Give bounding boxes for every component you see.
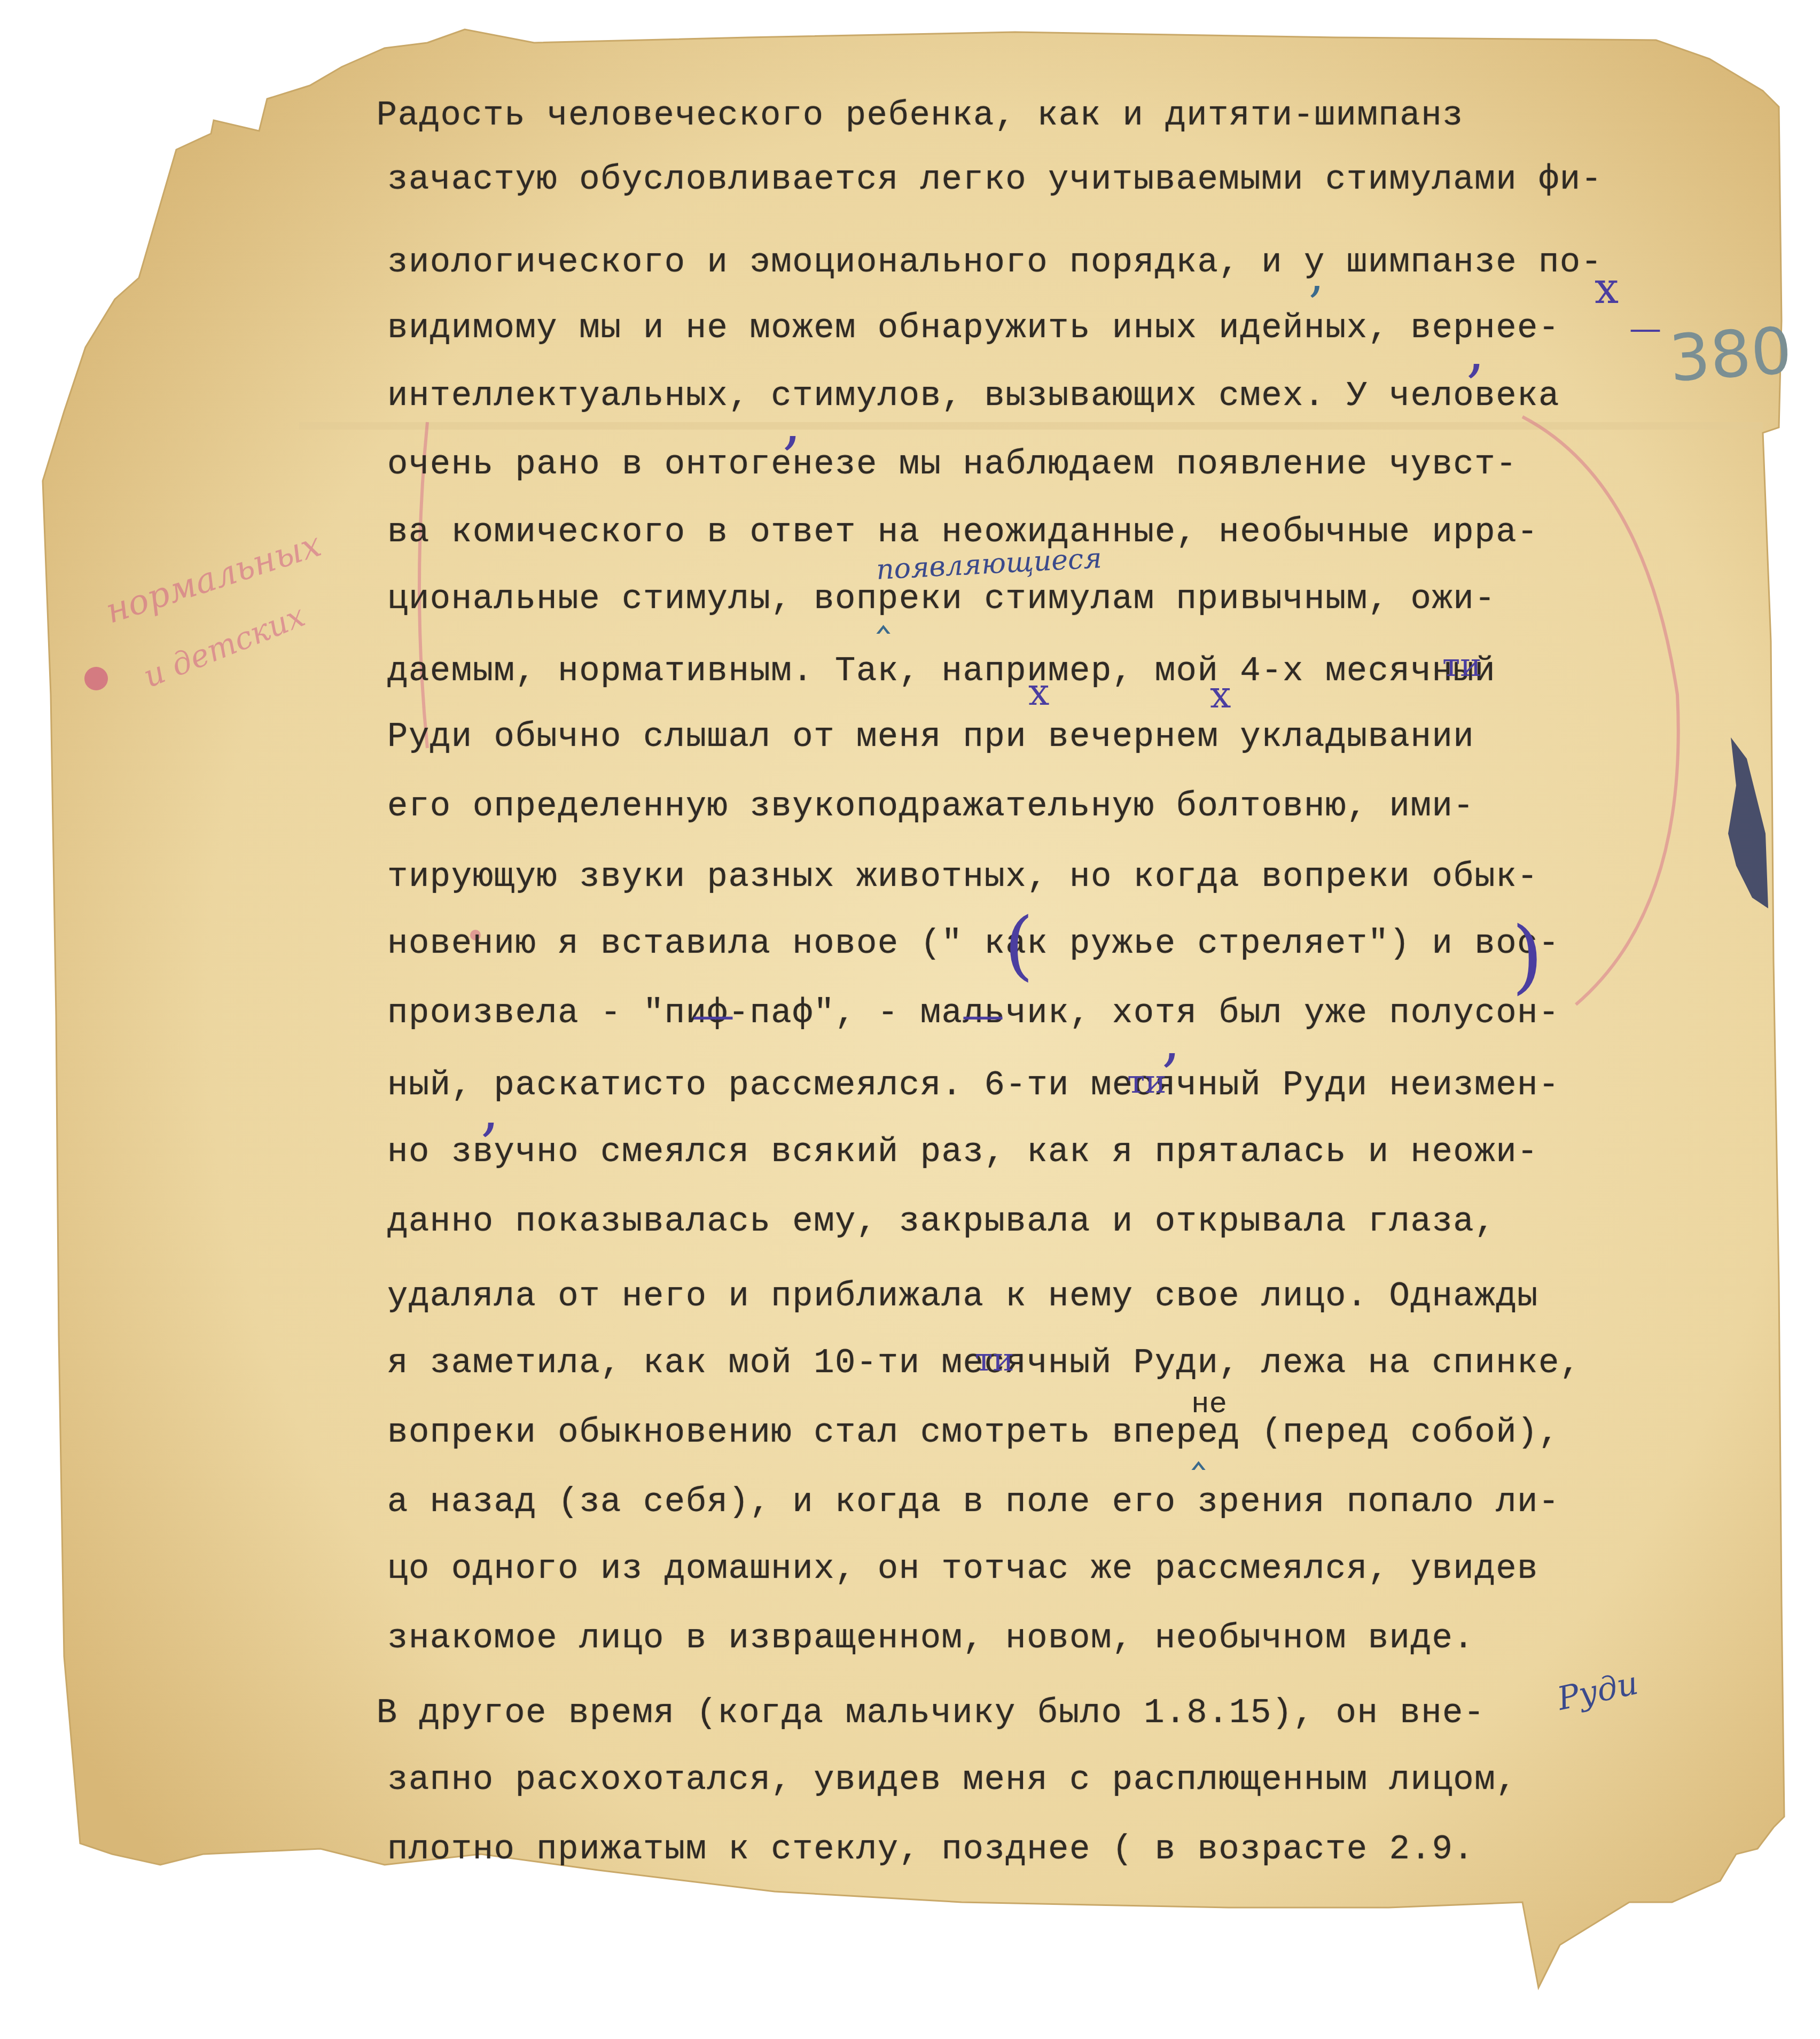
handwritten-insertion: не [1191, 1389, 1227, 1419]
page-number: 380 [1667, 319, 1794, 392]
typed-line: а назад (за себя), и когда в поле его зр… [387, 1485, 1560, 1520]
bracket-mark: ) [1512, 916, 1543, 997]
typed-line: новению я вставила новое (" как ружье ст… [387, 927, 1560, 961]
ending-correction-mark: ти [975, 1344, 1014, 1376]
typed-line: тирующую звуки разных животных, но когда… [387, 860, 1538, 894]
typed-line: цо одного из домашних, он тотчас же расс… [387, 1552, 1538, 1586]
typed-line: видимому мы и не можем обнаружить иных и… [387, 312, 1560, 346]
typed-line: очень рано в онтогенезе мы наблюдаем поя… [387, 448, 1517, 482]
ending-correction-mark: ти [1127, 1066, 1166, 1098]
typed-line: плотно прижатым к стеклу, позднее ( в во… [387, 1833, 1474, 1867]
typed-line: данно показывалась ему, закрывала и откр… [387, 1205, 1496, 1239]
insertion-caret-mark: ‸ [876, 588, 891, 631]
insertion-caret-mark: ‸ [1191, 1424, 1206, 1467]
x-correction-mark: x [1595, 267, 1619, 310]
x-correction-mark: x [1210, 676, 1231, 713]
typed-line: В другое время (когда мальчику было 1.8.… [313, 1696, 1485, 1731]
dash-correction-mark: — [1629, 313, 1661, 345]
typed-line: ва комического в ответ на неожиданные, н… [387, 516, 1538, 550]
typed-line: зиологического и эмоционального порядка,… [387, 246, 1603, 280]
x-correction-mark: x [1028, 673, 1049, 711]
document-page: 380 нормальных и детских Радость человеч… [0, 0, 1820, 2039]
typed-line: запно расхохотался, увидев меня с расплю… [387, 1763, 1517, 1797]
typed-line: его определенную звукоподражательную бол… [387, 790, 1474, 824]
typed-line: зачастую обусловливается легко учитываем… [387, 163, 1603, 197]
typed-line: вопреки обыкновению стал смотреть вперед… [387, 1416, 1560, 1450]
comma-correction-mark: , [1466, 321, 1485, 379]
comma-correction-mark: , [783, 393, 801, 452]
typed-line: Радость человеческого ребенка, как и дит… [313, 99, 1464, 133]
comma-correction-mark: , [481, 1079, 499, 1138]
typed-line: но звучно смеялся всякий раз, как я прят… [387, 1135, 1538, 1170]
typed-line: даемым, нормативным. Так, например, мой … [387, 655, 1496, 689]
ending-correction-mark: ти [1442, 649, 1481, 681]
typed-line: ный, раскатисто рассмеялся. 6-ти месячны… [387, 1069, 1560, 1103]
typed-line: интеллектуальных, стимулов, вызывающих с… [387, 379, 1560, 414]
comma-correction-mark: , [1162, 1010, 1181, 1069]
comma-correction-mark: , [1309, 251, 1324, 299]
bracket-mark: ( [1004, 908, 1034, 983]
typed-line: Руди обычно слышал от меня при вечернем … [387, 720, 1474, 754]
typed-line: циональные стимулы, вопреки стимулам при… [387, 582, 1496, 617]
typed-line: удаляла от него и приближала к нему свое… [387, 1280, 1538, 1314]
dash-correction-mark: — [692, 994, 735, 1037]
dash-correction-mark: — [962, 994, 1004, 1037]
typed-line: знакомое лицо в извращенном, новом, необ… [387, 1622, 1474, 1656]
